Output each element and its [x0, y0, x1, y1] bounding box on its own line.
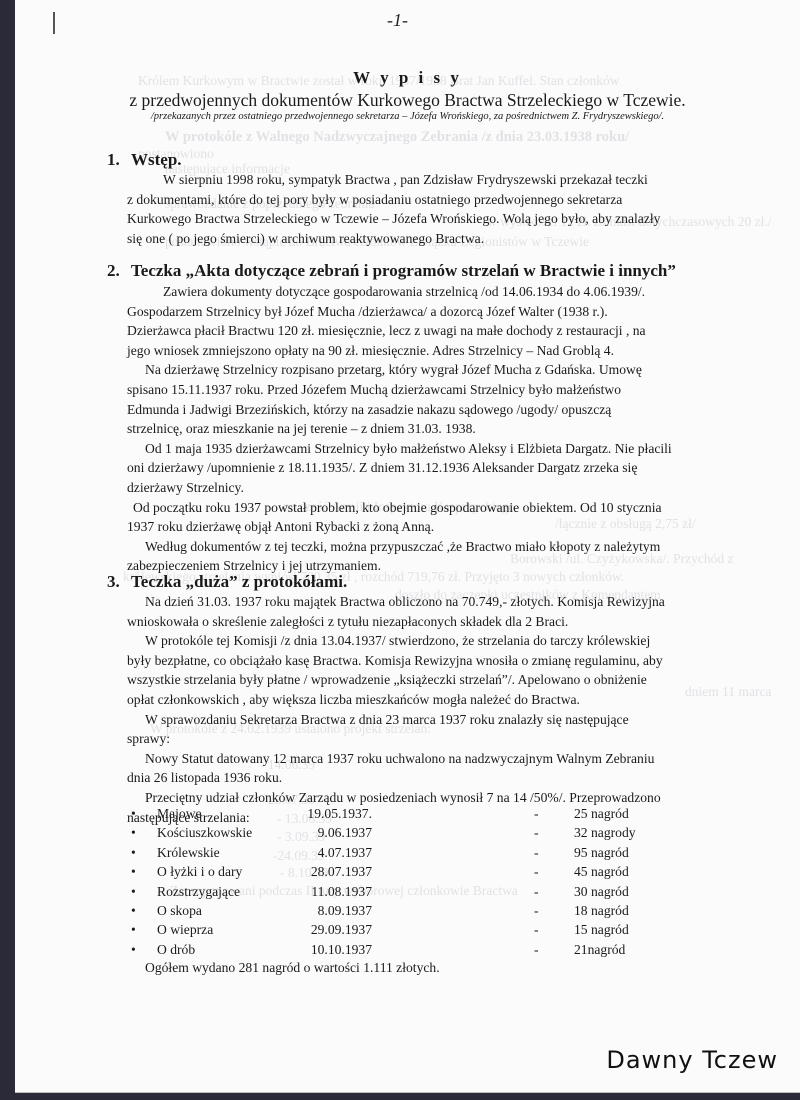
shooting-name: O drób: [157, 942, 195, 958]
bullet-icon: •: [131, 942, 136, 958]
list-item: • O łyżki i o dary 28.07.1937 - 45 nagró…: [127, 864, 727, 883]
section-heading-2: 2.Teczka „Akta dotyczące zebrań i progra…: [107, 261, 676, 281]
text-line: z dokumentami, które do tej pory były w …: [127, 190, 752, 210]
shootings-list: • Majowe 19.05.1937. - 25 nagród • Kości…: [127, 806, 727, 961]
text-line: Gospodarzem Strzelnicy był Józef Mucha /…: [127, 302, 752, 322]
bullet-icon: •: [131, 806, 136, 822]
prize-count: 30 nagród: [574, 884, 629, 900]
prize-count: 18 nagród: [574, 903, 629, 919]
prize-count: 95 nagród: [574, 845, 629, 861]
separator-dash: -: [534, 884, 539, 900]
text-line: Według dokumentów z tej teczki, można pr…: [127, 537, 752, 557]
prize-count: 21nagród: [574, 942, 625, 958]
separator-dash: -: [534, 825, 539, 841]
shooting-date: 4.07.1937: [318, 845, 372, 861]
separator-dash: -: [534, 922, 539, 938]
margin-mark: [53, 12, 55, 34]
section-title: Teczka „Akta dotyczące zebrań i programó…: [131, 261, 676, 280]
total-summary: Ogółem wydano 281 nagród o wartości 1.11…: [145, 960, 440, 976]
text-line: dnia 26 listopada 1936 roku.: [127, 768, 752, 788]
watermark-logo: Dawny Tczew: [606, 1046, 778, 1074]
shooting-name: O wieprza: [157, 922, 213, 938]
text-line: oni dzierżawy /upomnienie z 18.11.1935/.…: [127, 458, 752, 478]
text-line: wszystkie strzelania były płatne / wprow…: [127, 670, 752, 690]
list-item: • O wieprza 29.09.1937 - 15 nagród: [127, 922, 727, 941]
section-2-body: Zawiera dokumenty dotyczące gospodarowan…: [127, 282, 752, 576]
text-line: Od początku roku 1937 powstał problem, k…: [127, 498, 752, 518]
section-heading-3: 3.Teczka „duża” z protokółami.: [107, 572, 347, 592]
section-title: Wstęp.: [131, 150, 182, 169]
shooting-date: 28.07.1937: [311, 864, 372, 880]
shooting-name: Kościuszkowskie: [157, 825, 252, 841]
prize-count: 45 nagród: [574, 864, 629, 880]
text-line: dzierżawy Strzelnicy.: [127, 478, 752, 498]
section-3-body: Na dzień 31.03. 1937 roku majątek Bractw…: [127, 592, 752, 827]
text-line: Od 1 maja 1935 dzierżawcami Strzelnicy b…: [127, 439, 752, 459]
section-number: 1.: [107, 150, 131, 170]
text-line: Zawiera dokumenty dotyczące gospodarowan…: [127, 282, 752, 302]
separator-dash: -: [534, 864, 539, 880]
shooting-date: 8.09.1937: [318, 903, 372, 919]
text-line: spisano 15.11.1937 roku. Przed Józefem M…: [127, 380, 752, 400]
bullet-icon: •: [131, 903, 136, 919]
separator-dash: -: [534, 942, 539, 958]
shooting-date: 11.08.1937: [311, 884, 372, 900]
shooting-date: 9.06.1937: [318, 825, 372, 841]
shooting-name: O skopa: [157, 903, 202, 919]
text-line: jego wniosek zmniejszono opłaty na 90 zł…: [127, 341, 752, 361]
shooting-name: Królewskie: [157, 845, 220, 861]
text-line: Nowy Statut datowany 12 marca 1937 roku …: [127, 749, 752, 769]
list-item: • Majowe 19.05.1937. - 25 nagród: [127, 806, 727, 825]
text-line: W protokóle tej Komisji /z dnia 13.04.19…: [127, 631, 752, 651]
bullet-icon: •: [131, 825, 136, 841]
shooting-date: 19.05.1937.: [307, 806, 372, 822]
list-item: • Królewskie 4.07.1937 - 95 nagród: [127, 845, 727, 864]
section-number: 3.: [107, 572, 131, 592]
bullet-icon: •: [131, 922, 136, 938]
text-line: strzelnicę, oraz mieszkanie na jej teren…: [127, 419, 752, 439]
section-heading-1: 1.Wstęp.: [107, 150, 182, 170]
document-page: -1- Królem Kurkowym w Bractwie został w …: [15, 0, 800, 1093]
separator-dash: -: [534, 903, 539, 919]
text-line: się one ( po jego śmierci) w archiwum re…: [127, 229, 752, 249]
list-item: • O drób 10.10.1937 - 21nagród: [127, 942, 727, 961]
separator-dash: -: [534, 806, 539, 822]
document-note: /przekazanych przez ostatniego przedwoje…: [15, 111, 800, 122]
document-title: W y p i s y: [15, 68, 800, 88]
text-line: W sprawozdaniu Sekretarza Bractwa z dnia…: [127, 710, 752, 730]
prize-count: 32 nagrody: [574, 825, 636, 841]
text-line: wnioskowała o skreślenie zaległości z ty…: [127, 612, 752, 632]
shooting-name: O łyżki i o dary: [157, 864, 242, 880]
page-number: -1-: [387, 10, 408, 31]
separator-dash: -: [534, 845, 539, 861]
text-line: Edmunda i Jadwigi Brzezińskich, którzy n…: [127, 400, 752, 420]
text-line: sprawy:: [127, 729, 752, 749]
list-item: • Rozstrzygające 11.08.1937 - 30 nagród: [127, 884, 727, 903]
text-line: Na dzierżawę Strzelnicy rozpisano przeta…: [127, 360, 752, 380]
document-subtitle: z przedwojennych dokumentów Kurkowego Br…: [15, 90, 800, 111]
list-item: • O skopa 8.09.1937 - 18 nagród: [127, 903, 727, 922]
shooting-name: Majowe: [157, 806, 202, 822]
text-line: Kurkowego Bractwa Strzeleckiego w Tczewi…: [127, 209, 752, 229]
bullet-icon: •: [131, 884, 136, 900]
prize-count: 15 nagród: [574, 922, 629, 938]
section-title: Teczka „duża” z protokółami.: [131, 572, 347, 591]
text-line: Dzierżawca płacił Bractwu 120 zł. miesię…: [127, 321, 752, 341]
shooting-date: 10.10.1937: [311, 942, 372, 958]
shooting-name: Rozstrzygające: [157, 884, 240, 900]
ghost-line: W protokóle z Walnego Nadzwyczajnego Zeb…: [165, 130, 629, 145]
bullet-icon: •: [131, 864, 136, 880]
text-line: Na dzień 31.03. 1937 roku majątek Bractw…: [127, 592, 752, 612]
text-line: Przeciętny udział członków Zarządu w pos…: [127, 788, 752, 808]
text-line: opłat członkowskich , aby większa liczba…: [127, 690, 752, 710]
shooting-date: 29.09.1937: [311, 922, 372, 938]
text-line: 1937 roku dzierżawę objął Antoni Rybacki…: [127, 517, 752, 537]
section-number: 2.: [107, 261, 131, 281]
prize-count: 25 nagród: [574, 806, 629, 822]
text-line: były bezpłatne, co obciążało kasę Bractw…: [127, 651, 752, 671]
list-item: • Kościuszkowskie 9.06.1937 - 32 nagrody: [127, 825, 727, 844]
text-line: W sierpniu 1998 roku, sympatyk Bractwa ,…: [127, 170, 752, 190]
bullet-icon: •: [131, 845, 136, 861]
section-1-body: W sierpniu 1998 roku, sympatyk Bractwa ,…: [127, 170, 752, 248]
